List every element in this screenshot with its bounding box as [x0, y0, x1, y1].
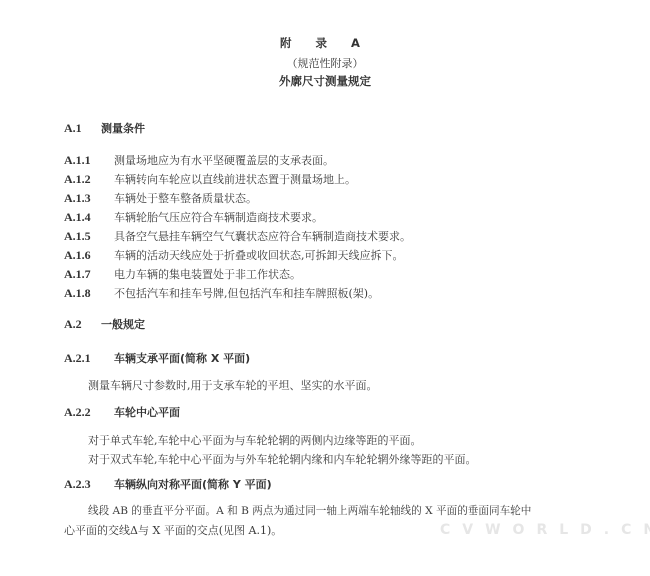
item-text: 车辆处于整车整备质量状态。 — [114, 192, 257, 205]
paragraph: 线段 AB 的垂直平分平面。A 和 B 两点为通过同一轴上两端车轮轴线的 X 平… — [88, 503, 531, 518]
item-text: 不包括汽车和挂车号牌,但包括汽车和挂车牌照板(架)。 — [114, 287, 379, 300]
appendix-type: （规范性附录） — [0, 55, 650, 71]
list-item: A.1.5具备空气悬挂车辆空气气囊状态应符合车辆制造商技术要求。 — [64, 228, 411, 244]
paragraph-continuation: 心平面的交线Δ与 X 平面的交点(见图 A.1)。 — [64, 522, 282, 538]
section-title: 一般规定 — [101, 318, 145, 331]
list-item: A.1.3车辆处于整车整备质量状态。 — [64, 190, 257, 206]
item-number: A.1.5 — [64, 229, 114, 244]
item-text: 具备空气悬挂车辆空气气囊状态应符合车辆制造商技术要求。 — [114, 230, 411, 243]
subsection-number: A.2.2 — [64, 405, 114, 420]
watermark: CVWORLD.CN — [440, 522, 650, 538]
item-text: 车辆的活动天线应处于折叠或收回状态,可拆卸天线应拆下。 — [114, 249, 404, 262]
item-number: A.1.7 — [64, 267, 114, 282]
list-item: A.1.1测量场地应为有水平坚硬覆盖层的支承表面。 — [64, 152, 334, 168]
subsection-title: 车辆纵向对称平面(简称 Y 平面) — [114, 478, 272, 491]
subsection-number: A.2.3 — [64, 477, 114, 492]
item-number: A.1.8 — [64, 286, 114, 301]
item-text: 车辆转向车轮应以直线前进状态置于测量场地上。 — [114, 173, 356, 186]
subsection-title: 车轮中心平面 — [114, 406, 180, 419]
item-number: A.1.2 — [64, 172, 114, 187]
item-text: 车辆轮胎气压应符合车辆制造商技术要求。 — [114, 211, 323, 224]
subsection-title: 车辆支承平面(简称 X 平面) — [114, 352, 250, 365]
section-number: A.1 — [64, 121, 101, 136]
item-number: A.1.4 — [64, 210, 114, 225]
item-number: A.1.3 — [64, 191, 114, 206]
subsection-heading-a2-3: A.2.3车辆纵向对称平面(简称 Y 平面) — [64, 476, 272, 492]
section-number: A.2 — [64, 317, 101, 332]
section-heading-a1: A.1测量条件 — [64, 120, 145, 136]
paragraph: 对于双式车轮,车轮中心平面为与外车轮轮辋内缘和内车轮轮辋外缘等距的平面。 — [88, 451, 477, 467]
subsection-number: A.2.1 — [64, 351, 114, 366]
list-item: A.1.4车辆轮胎气压应符合车辆制造商技术要求。 — [64, 209, 323, 225]
section-title: 测量条件 — [101, 122, 145, 135]
item-number: A.1.6 — [64, 248, 114, 263]
subsection-heading-a2-1: A.2.1车辆支承平面(简称 X 平面) — [64, 350, 250, 366]
paragraph: 对于单式车轮,车轮中心平面为与车轮轮辋的两侧内边缘等距的平面。 — [88, 432, 422, 448]
appendix-title: 外廓尺寸测量规定 — [0, 73, 650, 89]
item-text: 电力车辆的集电装置处于非工作状态。 — [114, 268, 301, 281]
paragraph: 测量车辆尺寸参数时,用于支承车轮的平坦、坚实的水平面。 — [88, 377, 378, 393]
appendix-label: 附 录 A — [0, 35, 650, 51]
list-item: A.1.7电力车辆的集电装置处于非工作状态。 — [64, 266, 301, 282]
item-number: A.1.1 — [64, 153, 114, 168]
list-item: A.1.2车辆转向车轮应以直线前进状态置于测量场地上。 — [64, 171, 356, 187]
list-item: A.1.6车辆的活动天线应处于折叠或收回状态,可拆卸天线应拆下。 — [64, 247, 404, 263]
section-heading-a2: A.2一般规定 — [64, 316, 145, 332]
subsection-heading-a2-2: A.2.2车轮中心平面 — [64, 404, 180, 420]
item-text: 测量场地应为有水平坚硬覆盖层的支承表面。 — [114, 154, 334, 167]
list-item: A.1.8不包括汽车和挂车号牌,但包括汽车和挂车牌照板(架)。 — [64, 285, 379, 301]
